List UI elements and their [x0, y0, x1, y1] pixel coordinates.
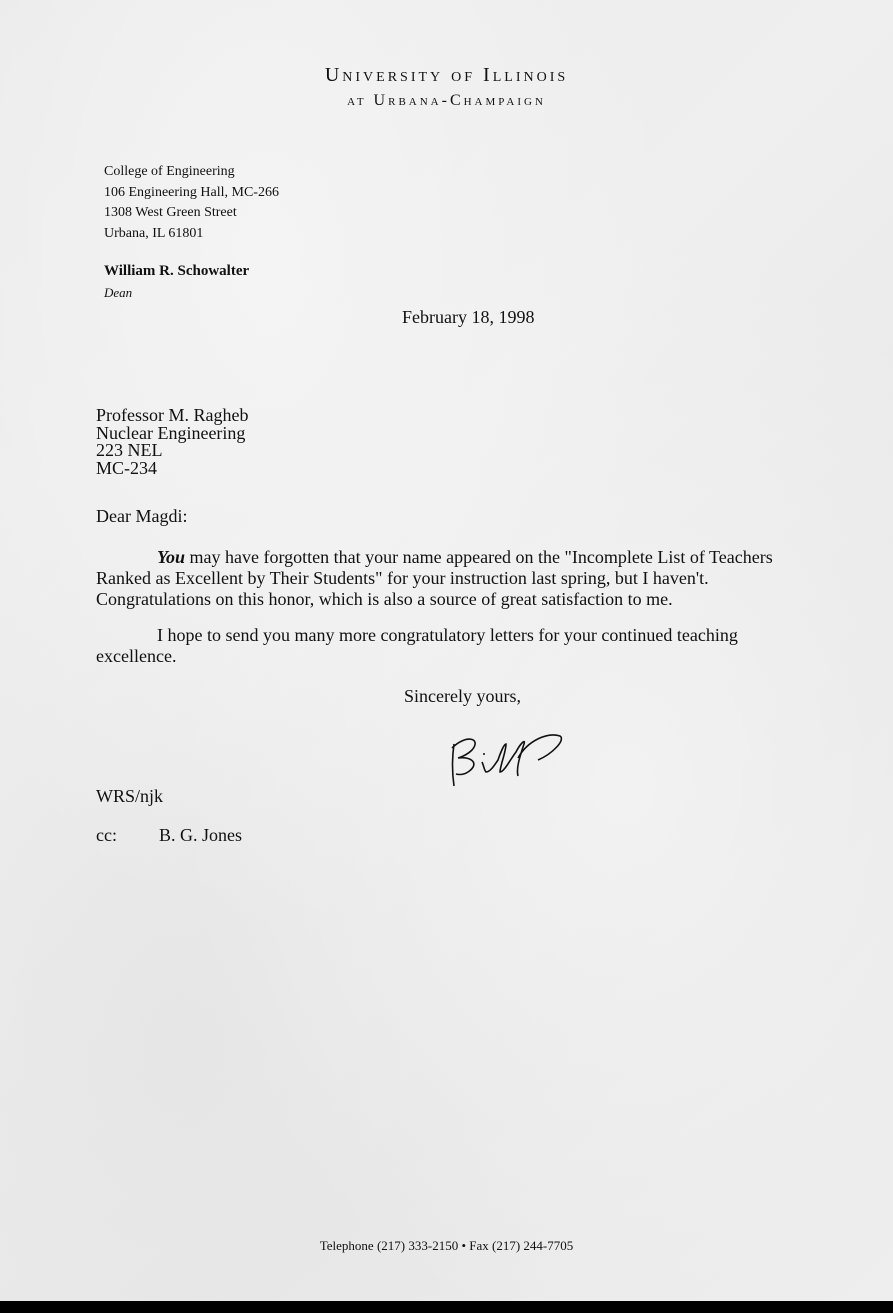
letterhead-university: University of Illinois [0, 64, 893, 87]
sender-address-line: College of Engineering [104, 162, 279, 183]
sender-address-line: Urbana, IL 61801 [104, 224, 279, 245]
paragraph-text: may have forgotten that your name appear… [96, 547, 773, 609]
emphasis-you: You [157, 547, 185, 567]
recipient-line: MC-234 [96, 460, 248, 478]
reference-initials: WRS/njk [96, 786, 163, 807]
sender-address: College of Engineering 106 Engineering H… [104, 162, 279, 244]
footer-contact: Telephone (217) 333-2150 • Fax (217) 244… [0, 1238, 893, 1254]
body-paragraph-1: You may have forgotten that your name ap… [96, 547, 816, 610]
signature-icon [448, 730, 578, 790]
letter-date: February 18, 1998 [402, 307, 534, 328]
sender-address-line: 106 Engineering Hall, MC-266 [104, 183, 279, 204]
salutation: Dear Magdi: [96, 506, 187, 527]
sender-title: Dean [104, 285, 132, 301]
recipient-address: Professor M. Ragheb Nuclear Engineering … [96, 407, 248, 477]
recipient-line: Professor M. Ragheb [96, 407, 248, 425]
recipient-line: 223 NEL [96, 442, 248, 460]
letterhead-campus: at Urbana-Champaign [0, 92, 893, 110]
cc-name: B. G. Jones [159, 825, 242, 846]
body-paragraph-2: I hope to send you many more congratulat… [96, 625, 816, 667]
closing: Sincerely yours, [404, 686, 521, 707]
sender-name: William R. Schowalter [104, 263, 249, 280]
signature [448, 730, 578, 795]
cc-label: cc: [96, 825, 117, 846]
sender-address-line: 1308 West Green Street [104, 203, 279, 224]
scan-edge [0, 1301, 893, 1313]
